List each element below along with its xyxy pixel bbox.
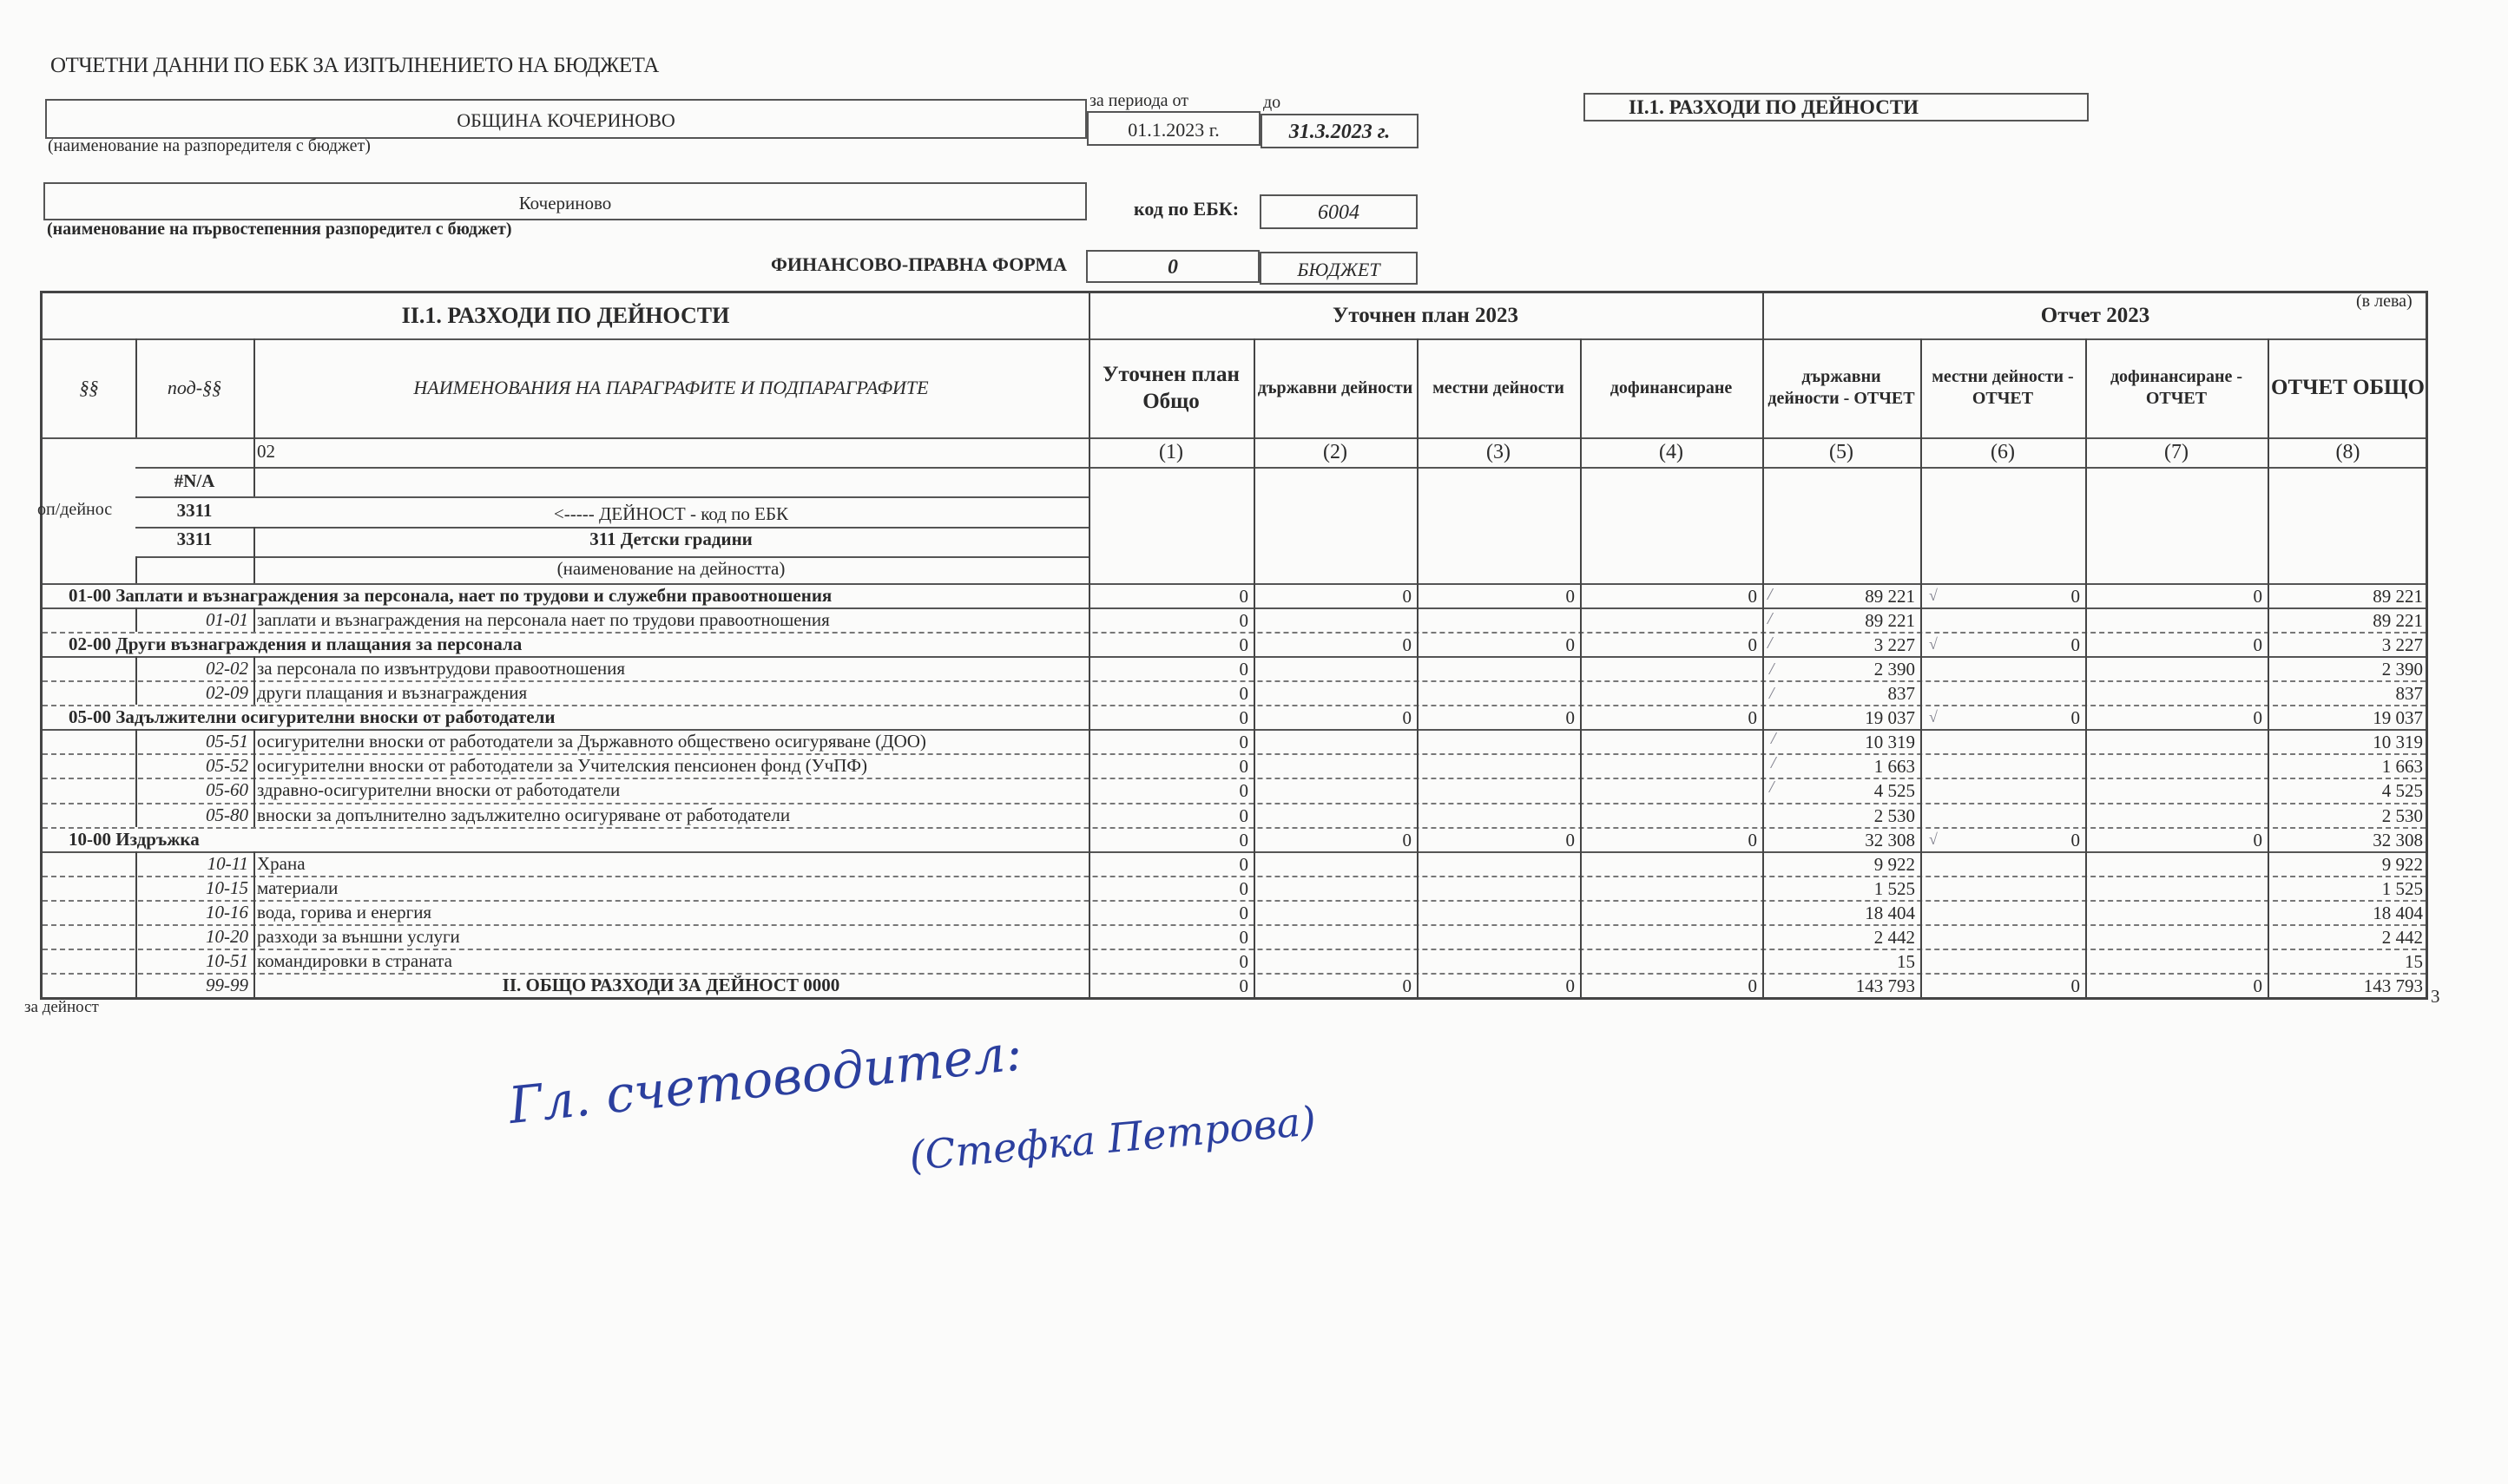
legal-form-code-field: 0 <box>1086 250 1260 283</box>
ebk-code-label: код по ЕБК: <box>1134 198 1239 220</box>
cell-col-1: 0 <box>1089 683 1254 705</box>
col-header-name: НАИМЕНОВАНИЯ НА ПАРАГРАФИТЕ И ПОДПАРАГРА… <box>253 338 1089 437</box>
table-row: 05-80вноски за допълнително задължително… <box>43 803 2426 827</box>
cell-col-6: 0 <box>1920 975 2085 997</box>
check-mark-icon: / <box>1769 660 1774 680</box>
activity-side-label: оп/дейнос <box>37 500 112 520</box>
col-header-1: Уточнен план Общо <box>1089 338 1254 437</box>
row-name: командировки в страната <box>257 950 452 972</box>
cell-col-5: 1 663 <box>1762 756 1920 778</box>
cell-col-8: 143 793 <box>2268 975 2428 997</box>
section-box: II.1. РАЗХОДИ ПО ДЕЙНОСТИ <box>1583 93 2089 121</box>
check-mark-icon: / <box>1769 778 1774 798</box>
table-row: 10-16вода, горива и енергия018 40418 404 <box>43 900 2426 924</box>
period-to-label: до <box>1263 93 1280 113</box>
cell-col-6: 0 <box>1920 830 2085 851</box>
cell-col-5: 837 <box>1762 683 1920 705</box>
cell-col-8: 18 404 <box>2268 903 2428 924</box>
row-name: разходи за външни услуги <box>257 926 460 948</box>
check-mark-icon: / <box>1767 585 1773 605</box>
cell-col-3: 0 <box>1417 707 1580 729</box>
group-header-plan: Уточнен план 2023 <box>1089 293 1762 338</box>
legal-form-name-value: БЮДЖЕТ <box>1261 259 1416 281</box>
budget-holder-value: ОБЩИНА КОЧЕРИНОВО <box>47 109 1085 132</box>
check-mark-icon: / <box>1771 753 1776 773</box>
signature-role: Гл. счетоводител: <box>506 1022 1024 1135</box>
row-group-label: 01-00 Заплати и възнаграждения за персон… <box>69 585 832 607</box>
legal-form-code-value: 0 <box>1088 256 1258 279</box>
cell-col-5: 3 227 <box>1762 634 1920 656</box>
table-row: 10-20разходи за външни услуги02 4422 442 <box>43 924 2426 949</box>
row-code: 05-00 <box>69 706 111 727</box>
row-code: 05-60 <box>135 779 253 801</box>
row-code: 10-16 <box>135 902 253 923</box>
table-row: 01-01заплати и възнаграждения на персона… <box>43 607 2426 632</box>
cell-col-7: 0 <box>2085 830 2268 851</box>
table-row: 10-15материали01 5251 525 <box>43 876 2426 900</box>
row-code: 01-00 <box>69 585 111 606</box>
ebk-code-value: 6004 <box>1261 201 1416 225</box>
table-row: 02-00 Други възнаграждения и плащания за… <box>43 632 2426 656</box>
col-header-2: държавни дейности <box>1254 338 1417 437</box>
col-header-3: местни дейности <box>1417 338 1580 437</box>
row-code: 99-99 <box>135 975 253 996</box>
cell-col-3: 0 <box>1417 830 1580 851</box>
cell-col-5: 9 922 <box>1762 854 1920 876</box>
row-code: 02-02 <box>135 658 253 680</box>
check-mark-icon: √ <box>1929 831 1938 849</box>
col-number-2: (2) <box>1254 437 1417 467</box>
row-code: 05-51 <box>135 731 253 752</box>
cell-col-8: 3 227 <box>2268 634 2428 656</box>
activity-code: 3311 <box>135 500 253 522</box>
document-title: ОТЧЕТНИ ДАННИ ПО ЕБК ЗА ИЗПЪЛНЕНИЕТО НА … <box>50 54 659 78</box>
check-mark-icon: / <box>1767 634 1773 653</box>
table-row: 10-51командировки в страната01515 <box>43 949 2426 973</box>
cell-col-4: 0 <box>1580 586 1762 607</box>
cell-col-4: 0 <box>1580 634 1762 656</box>
col-number-3: (3) <box>1417 437 1580 467</box>
cell-col-8: 4 525 <box>2268 780 2428 802</box>
cell-col-5: 32 308 <box>1762 830 1920 851</box>
cell-col-8: 89 221 <box>2268 586 2428 607</box>
cell-col-8: 2 442 <box>2268 927 2428 949</box>
row-name: Издръжка <box>115 829 199 850</box>
cell-col-7: 0 <box>2085 707 2268 729</box>
table-row: 10-11Храна09 9229 922 <box>43 851 2426 876</box>
row-code: 01-01 <box>135 609 253 631</box>
cell-col-1: 0 <box>1089 878 1254 900</box>
cell-col-8: 2 390 <box>2268 659 2428 680</box>
table-row: 99-99II. ОБЩО РАЗХОДИ ЗА ДЕЙНОСТ 0000000… <box>43 973 2426 997</box>
row-name: вода, горива и енергия <box>257 902 431 923</box>
col-header-subparagraph: под-§§ <box>135 338 253 437</box>
col-header-5: държавни дейности - ОТЧЕТ <box>1762 338 1920 437</box>
signature-name: (Стефка Петрова) <box>907 1097 1318 1179</box>
table-row: 05-00 Задължителни осигурителни вноски о… <box>43 705 2426 729</box>
cell-col-2: 0 <box>1254 830 1417 851</box>
cell-col-5: 89 221 <box>1762 586 1920 607</box>
period-from-label: за периода от <box>1089 91 1188 111</box>
expenses-table: II.1. РАЗХОДИ ПО ДЕЙНОСТИУточнен план 20… <box>40 291 2428 1000</box>
period-to-field: 31.3.2023 г. <box>1261 114 1419 148</box>
cell-col-1: 0 <box>1089 903 1254 924</box>
check-mark-icon: √ <box>1929 708 1938 726</box>
group-header-report: Отчет 2023 <box>1762 293 2428 338</box>
cell-col-1: 0 <box>1089 975 1254 997</box>
cell-col-2: 0 <box>1254 975 1417 997</box>
ebk-code-field: 6004 <box>1260 194 1418 229</box>
cell-col-1: 0 <box>1089 586 1254 607</box>
cell-col-6: 0 <box>1920 634 2085 656</box>
table-row: 01-00 Заплати и възнаграждения за персон… <box>43 583 2426 607</box>
cell-col-8: 15 <box>2268 951 2428 973</box>
cell-col-3: 0 <box>1417 975 1580 997</box>
cell-col-1: 0 <box>1089 805 1254 827</box>
cell-col-8: 32 308 <box>2268 830 2428 851</box>
table-row: 02-02за персонала по извънтрудови правоо… <box>43 656 2426 680</box>
cell-col-5: 10 319 <box>1762 732 1920 753</box>
cell-col-2: 0 <box>1254 707 1417 729</box>
row-name: заплати и възнаграждения на персонала на… <box>257 609 830 631</box>
row-name: осигурителни вноски от работодатели за У… <box>257 755 867 777</box>
check-mark-icon: √ <box>1929 635 1938 653</box>
row-group-label: 02-00 Други възнаграждения и плащания за… <box>69 634 522 655</box>
row-name: Задължителни осигурителни вноски от рабо… <box>115 706 555 727</box>
col-number-4: (4) <box>1580 437 1762 467</box>
activity-caption: (наименование на дейността) <box>253 558 1089 580</box>
row-name: Заплати и възнаграждения за персонала, н… <box>115 585 832 606</box>
check-mark-icon: / <box>1769 684 1774 704</box>
cell-col-5: 1 525 <box>1762 878 1920 900</box>
cell-col-4: 0 <box>1580 975 1762 997</box>
primary-holder-value: Кочериново <box>45 193 1085 214</box>
cell-col-5: 2 390 <box>1762 659 1920 680</box>
cell-col-8: 1 525 <box>2268 878 2428 900</box>
row-name: други плащания и възнаграждения <box>257 682 527 704</box>
check-mark-icon: / <box>1771 729 1776 749</box>
row-code: 10-11 <box>135 853 253 875</box>
cell-col-2: 0 <box>1254 586 1417 607</box>
cell-col-1: 0 <box>1089 707 1254 729</box>
primary-holder-field: Кочериново <box>43 182 1087 220</box>
cell-col-1: 0 <box>1089 732 1254 753</box>
row-name: Други възнаграждения и плащания за персо… <box>115 634 522 654</box>
cell-col-7: 0 <box>2085 634 2268 656</box>
meta-code-02: 02 <box>257 441 275 463</box>
cell-col-1: 0 <box>1089 951 1254 973</box>
table-row: 05-52осигурителни вноски от работодатели… <box>43 753 2426 778</box>
row-name: здравно-осигурителни вноски от работодат… <box>257 779 620 801</box>
activity-pointer: <----- ДЕЙНОСТ - код по ЕБК <box>253 503 1089 525</box>
cell-col-1: 0 <box>1089 854 1254 876</box>
cell-col-5: 2 442 <box>1762 927 1920 949</box>
col-header-4: дофинансиране <box>1580 338 1762 437</box>
row-name: II. ОБЩО РАЗХОДИ ЗА ДЕЙНОСТ 0000 <box>253 975 1089 996</box>
cell-col-1: 0 <box>1089 756 1254 778</box>
cell-col-6: 0 <box>1920 707 2085 729</box>
cell-col-3: 0 <box>1417 586 1580 607</box>
legal-form-label: ФИНАНСОВО-ПРАВНА ФОРМА <box>771 253 1067 276</box>
meta-na: #N/A <box>135 470 253 492</box>
row-group-label: 10-00 Издръжка <box>69 829 200 850</box>
cell-col-7: 0 <box>2085 975 2268 997</box>
row-code: 10-20 <box>135 926 253 948</box>
check-mark-icon: √ <box>1929 587 1938 605</box>
cell-col-8: 10 319 <box>2268 732 2428 753</box>
row-code: 02-09 <box>135 682 253 704</box>
cell-col-4: 0 <box>1580 830 1762 851</box>
period-from-value: 01.1.2023 г. <box>1089 119 1259 141</box>
col-header-6: местни дейности - ОТЧЕТ <box>1920 338 2085 437</box>
cell-col-5: 143 793 <box>1762 975 1920 997</box>
cell-col-1: 0 <box>1089 780 1254 802</box>
col-number-6: (6) <box>1920 437 2085 467</box>
col-number-7: (7) <box>2085 437 2268 467</box>
row-code: 10-00 <box>69 829 111 850</box>
cell-col-5: 15 <box>1762 951 1920 973</box>
cell-col-1: 0 <box>1089 927 1254 949</box>
period-from-field: 01.1.2023 г. <box>1087 111 1261 146</box>
row-code: 10-15 <box>135 877 253 899</box>
table-title: II.1. РАЗХОДИ ПО ДЕЙНОСТИ <box>43 293 1089 338</box>
cell-col-8: 1 663 <box>2268 756 2428 778</box>
row-name: Храна <box>257 853 306 875</box>
cell-col-7: 0 <box>2085 586 2268 607</box>
row-name: за персонала по извънтрудови правоотноше… <box>257 658 625 680</box>
row-name: вноски за допълнително задължително осиг… <box>257 804 790 826</box>
cell-col-8: 837 <box>2268 683 2428 705</box>
row-code: 02-00 <box>69 634 111 654</box>
cell-col-8: 89 221 <box>2268 610 2428 632</box>
cell-col-3: 0 <box>1417 634 1580 656</box>
legal-form-name-field: БЮДЖЕТ <box>1260 252 1418 285</box>
col-header-paragraph: §§ <box>43 338 135 437</box>
cell-col-5: 18 404 <box>1762 903 1920 924</box>
cell-col-8: 19 037 <box>2268 707 2428 729</box>
primary-holder-caption: (наименование на първостепенния разпоред… <box>47 220 512 240</box>
below-table-note: за дейност <box>24 998 99 1017</box>
activity-name: 311 Детски градини <box>253 529 1089 550</box>
row-name: осигурителни вноски от работодатели за Д… <box>257 731 926 752</box>
cell-col-5: 2 530 <box>1762 805 1920 827</box>
cell-col-2: 0 <box>1254 634 1417 656</box>
table-row: 02-09други плащания и възнаграждения0837… <box>43 680 2426 705</box>
cell-col-1: 0 <box>1089 659 1254 680</box>
check-mark-icon: / <box>1767 609 1773 629</box>
cell-col-1: 0 <box>1089 610 1254 632</box>
cell-col-6: 0 <box>1920 586 2085 607</box>
table-row: 05-51осигурителни вноски от работодатели… <box>43 729 2426 753</box>
col-number-1: (1) <box>1089 437 1254 467</box>
margin-mark: 3 <box>2431 986 2440 1008</box>
period-to-value: 31.3.2023 г. <box>1262 121 1417 144</box>
cell-col-5: 19 037 <box>1762 707 1920 729</box>
col-header-7: дофинансиране - ОТЧЕТ <box>2085 338 2268 437</box>
section-box-label: II.1. РАЗХОДИ ПО ДЕЙНОСТИ <box>1629 96 1919 119</box>
table-row: 10-00 Издръжка000032 3080032 308 <box>43 827 2426 851</box>
cell-col-8: 9 922 <box>2268 854 2428 876</box>
col-number-5: (5) <box>1762 437 1920 467</box>
cell-col-4: 0 <box>1580 707 1762 729</box>
budget-holder-caption: (наименование на разпоредителя с бюджет) <box>48 136 371 156</box>
budget-holder-field: ОБЩИНА КОЧЕРИНОВО <box>45 99 1087 139</box>
col-header-8: ОТЧЕТ ОБЩО <box>2268 338 2428 437</box>
cell-col-8: 2 530 <box>2268 805 2428 827</box>
row-code: 05-80 <box>135 804 253 826</box>
cell-col-5: 89 221 <box>1762 610 1920 632</box>
cell-col-5: 4 525 <box>1762 780 1920 802</box>
row-code: 10-51 <box>135 950 253 972</box>
activity-code-2: 3311 <box>135 529 253 550</box>
table-row: 05-60здравно-осигурителни вноски от рабо… <box>43 778 2426 802</box>
row-name: материали <box>257 877 338 899</box>
row-group-label: 05-00 Задължителни осигурителни вноски о… <box>69 706 555 728</box>
row-code: 05-52 <box>135 755 253 777</box>
cell-col-1: 0 <box>1089 830 1254 851</box>
col-number-8: (8) <box>2268 437 2428 467</box>
cell-col-1: 0 <box>1089 634 1254 656</box>
